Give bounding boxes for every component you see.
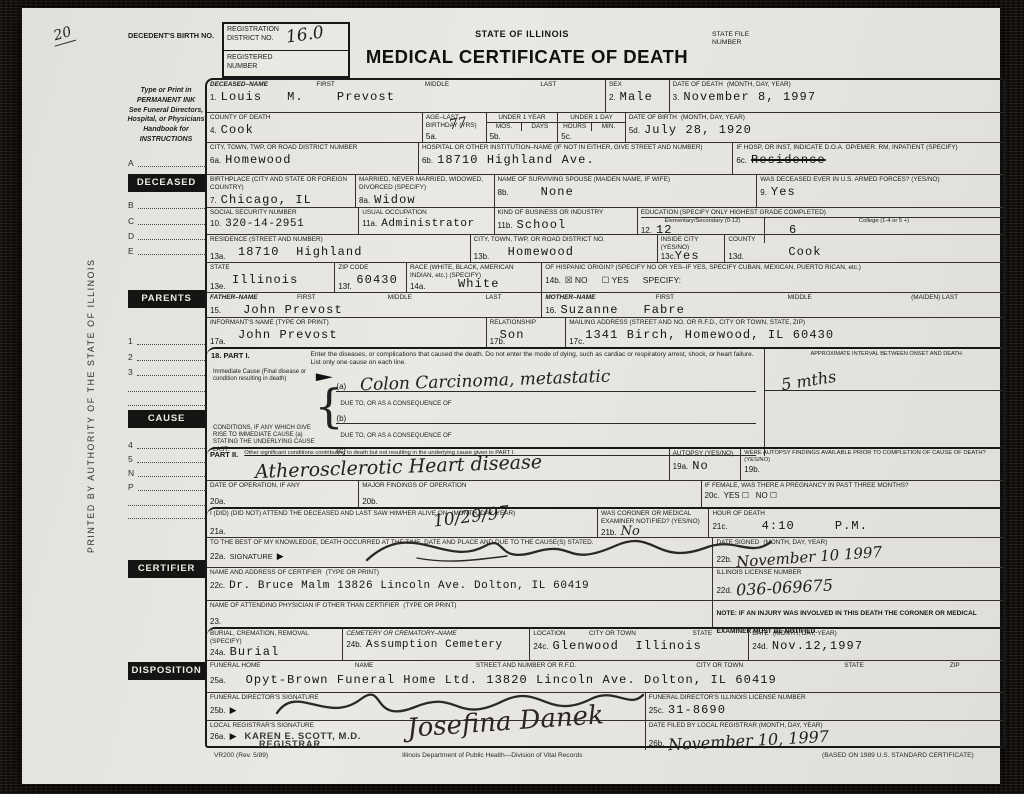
field-residence-city: CITY, TOWN, TWP, OR ROAD DISTRICT NO. 13… xyxy=(470,235,657,262)
line-a-label: (a) xyxy=(336,382,346,391)
field-number: 19a. xyxy=(673,462,689,471)
row-funeral-director: FUNERAL DIRECTOR'S SIGNATURE 25b. ▶ FUNE… xyxy=(207,692,1003,720)
row-state-zip-race: STATE 13e.Illinois ZIP CODE 13f.60430 RA… xyxy=(207,262,1003,292)
row-parents: FATHER–NAME FIRST MIDDLE LAST 15.John Pr… xyxy=(207,292,1003,317)
age-value: 77 xyxy=(448,115,468,134)
field-signature: TO THE BEST OF MY KNOWLEDGE, DEATH OCCUR… xyxy=(207,538,712,567)
if-hospital-value: Residence xyxy=(751,153,826,167)
certificate-paper: 20 Type or Print in PERMANENT INK See Fu… xyxy=(22,8,1000,784)
field-number: 23. xyxy=(210,617,221,626)
industry-value: School xyxy=(517,218,567,232)
field-number: 22a. xyxy=(210,552,226,561)
dob-label: DATE OF BIRTH xyxy=(629,114,677,122)
maiden-last-col-label: (MAIDEN) LAST xyxy=(869,294,1000,302)
field-number: 13e. xyxy=(210,282,226,291)
field-autopsy: AUTOPSY (YES/NO) 19a.No xyxy=(669,449,741,480)
row-certifier: NAME AND ADDRESS OF CERTIFIER(TYPE OR PR… xyxy=(207,567,1003,600)
field-date-of-birth: DATE OF BIRTH(MONTH, DAY, YEAR) 5d.July … xyxy=(625,113,1003,142)
deceased-name-label: DECEASED–NAME xyxy=(210,81,268,89)
section-stamp-disposition: DISPOSITION xyxy=(128,662,205,680)
field-father-name: FATHER–NAME FIRST MIDDLE LAST 15.John Pr… xyxy=(207,293,541,317)
state-col-label: STATE xyxy=(803,662,906,670)
field-number: 21a. xyxy=(210,527,226,536)
row-deceased-name: DECEASED–NAME FIRST MIDDLE LAST 1.Louis … xyxy=(207,80,1003,112)
birthplace-label: BIRTHPLACE (CITY AND STATE OR FOREIGN CO… xyxy=(210,176,352,192)
marital-label: MARRIED, NEVER MARRIED, WIDOWED, DIVORCE… xyxy=(359,176,491,192)
residence-street-label: RESIDENCE (STREET AND NUMBER) xyxy=(210,236,467,244)
field-number: 3. xyxy=(673,93,680,102)
field-number: 6b. xyxy=(422,156,433,165)
part2-label: PART II. xyxy=(210,450,238,459)
race-value: White xyxy=(458,277,500,291)
field-number: 20c. xyxy=(705,491,720,500)
field-date-of-death: DATE OF DEATH(MONTH, DAY, YEAR) 3.Novemb… xyxy=(669,80,1003,112)
immediate-cause-label: Immediate Cause (Final disease or condit… xyxy=(213,369,320,384)
hour-suffix: P.M. xyxy=(835,519,868,533)
field-armed-forces: WAS DECEASED EVER IN U.S. ARMED FORCES? … xyxy=(756,175,1003,207)
city-or-town-col-label: CITY OR TOWN xyxy=(570,630,656,638)
field-number: 13d. xyxy=(728,252,744,261)
permanent-ink-instructions: Type or Print in PERMANENT INK See Funer… xyxy=(124,86,208,145)
field-industry: KIND OF BUSINESS OR INDUSTRY 11b.School xyxy=(494,208,637,234)
disposition-value: Burial xyxy=(230,645,280,659)
field-number: 15. xyxy=(210,306,221,315)
certifier-label: NAME AND ADDRESS OF CERTIFIER xyxy=(210,569,322,577)
part1-lines: { ► (a) Colon Carcinoma, metastatic DUE … xyxy=(322,367,764,456)
education-label: EDUCATION (SPECIFY ONLY HIGHEST GRADE CO… xyxy=(641,209,1003,217)
operation-findings-label: MAJOR FINDINGS OF OPERATION xyxy=(362,482,697,490)
row-part2: PART II. Other significant conditions co… xyxy=(207,447,1003,480)
field-marital-status: MARRIED, NEVER MARRIED, WIDOWED, DIVORCE… xyxy=(355,175,494,207)
field-pregnancy: IF FEMALE, WAS THERE A PREGNANCY IN PAST… xyxy=(701,481,1004,507)
field-number: 5d. xyxy=(629,126,640,135)
cause-line-b: (b) xyxy=(336,410,756,424)
field-number: 13c. xyxy=(661,252,676,261)
part1-body: Immediate Cause (Final disease or condit… xyxy=(207,367,1003,456)
field-number: 13f. xyxy=(338,282,351,291)
zip-value: 60430 xyxy=(356,273,398,287)
field-number: 5c. xyxy=(561,132,572,141)
attending-sublabel: (TYPE OR PRINT) xyxy=(403,602,456,610)
certificate-form: DECEASED–NAME FIRST MIDDLE LAST 1.Louis … xyxy=(205,78,1005,748)
disposition-label: BURIAL, CREMATION, REMOVAL (SPECIFY) xyxy=(210,630,339,646)
informant-value: John Prevost xyxy=(238,328,338,342)
field-under-1-year: UNDER 1 YEAR MOS. DAYS 5b. xyxy=(486,113,558,142)
field-autopsy-findings: WERE AUTOPSY FINDINGS AVAILABLE PRIOR TO… xyxy=(740,449,1003,480)
part1-number: 18. PART I. xyxy=(207,349,310,367)
field-education: EDUCATION (SPECIFY ONLY HIGHEST GRADE CO… xyxy=(637,208,1003,234)
county-value: Cook xyxy=(221,123,254,137)
signature-arrow-icon: ▶ xyxy=(230,731,237,742)
field-under-1-day: UNDER 1 DAY HOURS MIN. 5c. xyxy=(557,113,625,142)
field-number: 5a. xyxy=(426,132,437,141)
part1-header: 18. PART I. Enter the diseases, or compl… xyxy=(207,349,1003,367)
industry-label: KIND OF BUSINESS OR INDUSTRY xyxy=(498,209,634,217)
state-file-number-label: STATE FILE NUMBER xyxy=(712,31,772,48)
corner-handwritten-note: 20 xyxy=(50,23,76,46)
certifier-value: Dr. Bruce Malm 13826 Lincoln Ave. Dolton… xyxy=(229,580,589,592)
field-race: RACE (WHITE, BLACK, AMERICAN INDIAN, etc… xyxy=(406,263,541,292)
field-number: 13b. xyxy=(474,252,490,261)
due-to-label-2: DUE TO, OR AS A CONSEQUENCE OF xyxy=(336,432,451,439)
cemetery-value: Assumption Cemetery xyxy=(366,639,503,651)
row-county-age-dob: COUNTY OF DEATH 4.Cook AGE–LAST BIRTHDAY… xyxy=(207,112,1003,142)
decedent-birth-no-label: DECEDENT'S BIRTH NO. xyxy=(128,32,220,41)
state-col-label: STATE xyxy=(659,630,745,638)
occupation-value: Administrator xyxy=(381,218,475,230)
inside-city-value: Yes xyxy=(675,249,700,263)
signature-arrow-icon: ▶ xyxy=(230,705,237,716)
middle-col-label: MIDDLE xyxy=(734,294,865,302)
if-hospital-label: IF HOSP, OR INST, INDICATE D.O.A. OP/EME… xyxy=(736,144,1000,152)
department-line: Illinois Department of Public Health—Div… xyxy=(402,752,583,759)
field-operation-findings: MAJOR FINDINGS OF OPERATION 20b. xyxy=(358,481,700,507)
scanned-death-certificate: 20 Type or Print in PERMANENT INK See Fu… xyxy=(0,0,1024,794)
hours-label: HOURS xyxy=(558,123,592,131)
field-number: 20a. xyxy=(210,497,226,506)
certifier-sublabel: (TYPE OR PRINT) xyxy=(326,569,379,577)
field-occupation: USUAL OCCUPATION 11a.Administrator xyxy=(358,208,493,234)
field-number: 17b. xyxy=(490,337,506,346)
field-number: 25c. xyxy=(649,706,664,715)
hispanic-checkboxes: ☒ NO ☐ YES SPECIFY: xyxy=(565,275,681,286)
first-col-label: FIRST xyxy=(272,81,379,89)
field-number: 8a. xyxy=(359,196,370,205)
row-informant: INFORMANT'S NAME (TYPE OR PRINT) 17a.Joh… xyxy=(207,317,1003,347)
field-disposition-location: LOCATION CITY OR TOWN STATE 24c.Glenwood… xyxy=(529,629,748,660)
field-age: AGE–LAST BIRTHDAY (YRS) 5a. 77 xyxy=(422,113,486,142)
autopsy-findings-label: WERE AUTOPSY FINDINGS AVAILABLE PRIOR TO… xyxy=(744,450,1000,464)
license-label: ILLINOIS LICENSE NUMBER xyxy=(716,569,1000,577)
dod-value: November 8, 1997 xyxy=(683,90,816,104)
relationship-label: RELATIONSHIP xyxy=(490,319,563,327)
field-number: 25b. xyxy=(210,706,226,715)
ssn-value: 320-14-2951 xyxy=(225,218,304,230)
field-number: 22d. xyxy=(716,586,732,595)
field-zip: ZIP CODE 13f.60430 xyxy=(334,263,406,292)
row-attending-physician: NAME OF ATTENDING PHYSICIAN IF OTHER THA… xyxy=(207,600,1003,627)
disposition-date-value: Nov.12,1997 xyxy=(772,639,863,653)
field-number: 14a. xyxy=(410,282,426,291)
field-number: 19b. xyxy=(744,465,760,474)
attending-label: NAME OF ATTENDING PHYSICIAN IF OTHER THA… xyxy=(210,602,399,610)
field-ssn: SOCIAL SECURITY NUMBER 10.320-14-2951 xyxy=(207,208,358,234)
registered-number-label: REGISTERED NUMBER xyxy=(227,54,345,71)
field-number: 1. xyxy=(210,93,217,102)
section-stamp-deceased: DECEASED xyxy=(128,174,205,192)
margin-code-a: A xyxy=(128,158,205,168)
field-number: 17a. xyxy=(210,337,226,346)
residence-county-value: Cook xyxy=(788,245,821,259)
field-number: 22c. xyxy=(210,581,225,590)
row-birthplace-marital: BIRTHPLACE (CITY AND STATE OR FOREIGN CO… xyxy=(207,174,1003,207)
location-value: Glenwood Illinois xyxy=(552,639,701,653)
field-hispanic-origin: OF HISPANIC ORIGIN? (SPECIFY NO OR YES–I… xyxy=(541,263,1003,292)
part1-instructions: Enter the diseases, or complications tha… xyxy=(310,349,764,367)
signature-arrow-icon: ▶ xyxy=(277,551,284,562)
cemetery-label: CEMETERY OR CREMATORY–NAME xyxy=(346,630,526,638)
field-number: 14b. xyxy=(545,276,561,285)
field-attending-physician: NAME OF ATTENDING PHYSICIAN IF OTHER THA… xyxy=(207,601,712,627)
margin-dots xyxy=(128,398,205,406)
field-number: 6c. xyxy=(736,156,747,165)
section-stamp-parents: PARENTS xyxy=(128,290,205,308)
residence-city-label: CITY, TOWN, TWP, OR ROAD DISTRICT NO. xyxy=(474,236,654,244)
mos-label: MOS. xyxy=(487,123,523,131)
field-relationship: RELATIONSHIP 17b.Son xyxy=(486,318,566,347)
margin-code-c: C xyxy=(128,216,205,226)
margin-code-3: 3 xyxy=(128,367,205,377)
margin-code-2: 2 xyxy=(128,352,205,362)
field-disposition-date: DATE(MONTH, DAY, YEAR) 24d.Nov.12,1997 xyxy=(748,629,1003,660)
field-number: 26a. xyxy=(210,732,226,741)
mother-value: Suzanne Fabre xyxy=(560,303,685,317)
field-number: 17c. xyxy=(569,337,584,346)
field-mailing-address: MAILING ADDRESS (STREET AND NO. OR R.F.D… xyxy=(565,318,1003,347)
registrar-stamp-title: REGISTRAR xyxy=(259,739,321,749)
field-informant: INFORMANT'S NAME (TYPE OR PRINT) 17a.Joh… xyxy=(207,318,486,347)
row-city-hospital: CITY, TOWN, TWP, OR ROAD DISTRICT NUMBER… xyxy=(207,142,1003,174)
field-number: 2. xyxy=(609,93,616,102)
field-number: 24b. xyxy=(346,640,362,649)
registration-box: REGISTRATION DISTRICT NO. 16.0 REGISTERE… xyxy=(222,22,350,78)
city-label: CITY, TOWN, TWP, OR ROAD DISTRICT NUMBER xyxy=(210,144,415,152)
margin-code-n: N xyxy=(128,468,205,478)
printed-by-authority-vertical-text: PRINTED BY AUTHORITY OF THE STATE OF ILL… xyxy=(86,253,96,553)
field-number: 5b. xyxy=(490,132,501,141)
father-value: John Prevost xyxy=(243,303,343,317)
name-col-label: NAME xyxy=(317,662,412,670)
operation-date-label: DATE OF OPERATION, IF ANY xyxy=(210,482,355,490)
disposition-date-label: DATE xyxy=(752,630,769,638)
margin-code-e: E xyxy=(128,246,205,256)
informant-label: INFORMANT'S NAME (TYPE OR PRINT) xyxy=(210,319,483,327)
street-col-label: STREET AND NUMBER OR R.F.D. xyxy=(415,662,636,670)
field-inside-city: INSIDE CITY (YES/NO) 13c.Yes xyxy=(657,235,725,262)
residence-city-value: Homewood xyxy=(508,245,574,259)
middle-col-label: MIDDLE xyxy=(355,294,445,302)
ssn-label: SOCIAL SECURITY NUMBER xyxy=(210,209,355,217)
field-residence-street: RESIDENCE (STREET AND NUMBER) 13a.18710 … xyxy=(207,235,470,262)
row-disposition: BURIAL, CREMATION, REMOVAL (SPECIFY) 24a… xyxy=(207,627,1003,660)
margin-dots xyxy=(128,384,205,392)
field-number: 8b. xyxy=(498,188,509,197)
field-operation-date: DATE OF OPERATION, IF ANY 20a. xyxy=(207,481,358,507)
middle-col-label: MIDDLE xyxy=(383,81,490,89)
field-registrar-signature: LOCAL REGISTRAR'S SIGNATURE 26a. ▶ KAREN… xyxy=(207,721,645,750)
pregnancy-label: IF FEMALE, WAS THERE A PREGNANCY IN PAST… xyxy=(705,482,1001,490)
field-number: 16. xyxy=(545,306,556,315)
hispanic-label: OF HISPANIC ORIGIN? (SPECIFY NO OR YES–I… xyxy=(545,264,1000,272)
row-operation: DATE OF OPERATION, IF ANY 20a. MAJOR FIN… xyxy=(207,480,1003,507)
location-label: LOCATION xyxy=(533,630,565,638)
line-b-label: (b) xyxy=(336,414,346,423)
margin-code-b: B xyxy=(128,200,205,210)
row-ssn-occupation-education: SOCIAL SECURITY NUMBER 10.320-14-2951 US… xyxy=(207,207,1003,234)
field-hospital: HOSPITAL OR OTHER INSTITUTION–NAME (IF N… xyxy=(418,143,732,174)
armed-forces-value: Yes xyxy=(771,185,796,199)
margin-dots xyxy=(128,498,205,506)
days-label: DAYS xyxy=(522,123,557,131)
residence-county-label: COUNTY xyxy=(728,236,1000,244)
form-number: VR200 (Rev. 5/89) xyxy=(214,752,268,759)
attended-label: I (DID) (DID NOT) ATTEND THE DECEASED AN… xyxy=(210,510,447,518)
interval-header: APPROXIMATE INTERVAL BETWEEN ONSET AND D… xyxy=(764,349,1003,367)
zip-label: ZIP CODE xyxy=(338,264,403,272)
field-disposition-type: BURIAL, CREMATION, REMOVAL (SPECIFY) 24a… xyxy=(207,629,342,660)
last-col-label: LAST xyxy=(449,294,539,302)
interval-column: 5 mths xyxy=(764,367,1003,456)
field-if-hospital: IF HOSP, OR INST, INDICATE D.O.A. OP/EME… xyxy=(732,143,1003,174)
hospital-label: HOSPITAL OR OTHER INSTITUTION–NAME (IF N… xyxy=(422,144,729,152)
row-cause-part1: 18. PART I. Enter the diseases, or compl… xyxy=(207,347,1003,447)
autopsy-value: No xyxy=(692,459,709,473)
field-mother-name: MOTHER–NAME FIRST MIDDLE (MAIDEN) LAST 1… xyxy=(541,293,1003,317)
mailing-label: MAILING ADDRESS (STREET AND NO. OR R.F.D… xyxy=(569,319,1000,327)
standard-certificate-note: (BASED ON 1989 U.S. STANDARD CERTIFICATE… xyxy=(822,752,974,759)
field-number: 20b. xyxy=(362,497,378,506)
field-number: 11a. xyxy=(362,219,377,228)
deceased-name-value: Louis M. Prevost xyxy=(221,90,395,104)
field-number: 24c. xyxy=(533,642,548,651)
armed-forces-label: WAS DECEASED EVER IN U.S. ARMED FORCES? … xyxy=(760,176,1000,184)
field-number: 4. xyxy=(210,126,217,135)
field-illinois-license: ILLINOIS LICENSE NUMBER 22d. 036-069675 xyxy=(712,568,1003,600)
part1-left-labels: Immediate Cause (Final disease or condit… xyxy=(207,367,322,456)
field-number: 24a. xyxy=(210,648,226,657)
field-number: 9. xyxy=(760,188,767,197)
interval-value: 5 mths xyxy=(780,367,838,394)
spouse-label: NAME OF SURVIVING SPOUSE (MAIDEN NAME, I… xyxy=(498,176,754,184)
field-sex: SEX 2.Male xyxy=(605,80,669,112)
spouse-value: None xyxy=(541,185,574,199)
disposition-date-sublabel: (MONTH, DAY, YEAR) xyxy=(773,630,837,638)
field-number: 10. xyxy=(210,219,221,228)
autopsy-label: AUTOPSY (YES/NO) xyxy=(673,450,738,458)
sex-label: SEX xyxy=(609,81,666,89)
field-certifier-name: NAME AND ADDRESS OF CERTIFIER(TYPE OR PR… xyxy=(207,568,712,600)
hospital-value: 18710 Highland Ave. xyxy=(437,153,595,167)
margin-code-4: 4 xyxy=(128,440,205,450)
margin-code-5: 5 xyxy=(128,454,205,464)
field-birthplace: BIRTHPLACE (CITY AND STATE OR FOREIGN CO… xyxy=(207,175,355,207)
occupation-label: USUAL OCCUPATION xyxy=(362,209,490,217)
pregnancy-checkboxes: YES ☐ NO ☐ xyxy=(724,491,777,500)
field-funeral-director-license: FUNERAL DIRECTOR'S ILLINOIS LICENSE NUMB… xyxy=(645,693,1003,720)
under-1-day-label: UNDER 1 DAY xyxy=(558,114,625,122)
field-residence-county: COUNTY 13d.Cook xyxy=(724,235,1003,262)
registration-district-value: 16.0 xyxy=(285,22,325,47)
field-injury-note: NOTE: IF AN INJURY WAS INVOLVED IN THIS … xyxy=(712,601,1003,627)
hour-label: HOUR OF DEATH xyxy=(712,510,1000,518)
zip-col-label: ZIP xyxy=(909,662,1000,670)
section-stamp-certifier: CERTIFIER xyxy=(128,560,205,578)
date-filed-value: November 10, 1997 xyxy=(668,727,830,754)
field-city-town: CITY, TOWN, TWP, OR ROAD DISTRICT NUMBER… xyxy=(207,143,418,174)
license-value: 036-069675 xyxy=(736,575,834,599)
due-to-label-1: DUE TO, OR AS A CONSEQUENCE OF xyxy=(336,400,451,407)
state-of-illinois-label: STATE OF ILLINOIS xyxy=(382,29,662,39)
field-number: 6a. xyxy=(210,156,221,165)
field-cemetery: CEMETERY OR CREMATORY–NAME 24b.Assumptio… xyxy=(342,629,529,660)
city-col-label: CITY OR TOWN xyxy=(641,662,799,670)
funeral-director-license-value: 31-8690 xyxy=(668,703,726,717)
under-1-year-label: UNDER 1 YEAR xyxy=(487,114,558,122)
field-state: STATE 13e.Illinois xyxy=(207,263,334,292)
state-label: STATE xyxy=(210,264,331,272)
field-number: 26b. xyxy=(649,739,665,748)
field-number: 7. xyxy=(210,196,217,205)
first-col-label: FIRST xyxy=(599,294,730,302)
father-label: FATHER–NAME xyxy=(210,294,257,302)
funeral-home-label: FUNERAL HOME xyxy=(210,662,313,670)
dob-value: July 28, 1920 xyxy=(644,123,752,137)
mailing-value: 1341 Birch, Homewood, IL 60430 xyxy=(585,328,834,342)
row-residence: RESIDENCE (STREET AND NUMBER) 13a.18710 … xyxy=(207,234,1003,262)
margin-code-d: D xyxy=(128,231,205,241)
dob-sublabel: (MONTH, DAY, YEAR) xyxy=(681,114,745,122)
certificate-title: MEDICAL CERTIFICATE OF DEATH xyxy=(332,46,722,68)
sex-value: Male xyxy=(620,90,653,104)
min-label: MIN. xyxy=(592,123,625,131)
funeral-director-license-label: FUNERAL DIRECTOR'S ILLINOIS LICENSE NUMB… xyxy=(649,694,1000,702)
field-number: 24d. xyxy=(752,642,768,651)
mother-label: MOTHER–NAME xyxy=(545,294,595,302)
section-stamp-cause: CAUSE xyxy=(128,410,205,428)
field-surviving-spouse: NAME OF SURVIVING SPOUSE (MAIDEN NAME, I… xyxy=(494,175,757,207)
margin-dots xyxy=(128,511,205,519)
residence-street-value: 18710 Highland xyxy=(238,245,363,259)
margin-code-1: 1 xyxy=(128,336,205,346)
field-deceased-name: DECEASED–NAME FIRST MIDDLE LAST 1.Louis … xyxy=(207,80,605,112)
last-col-label: LAST xyxy=(495,81,602,89)
row-certify-signature: TO THE BEST OF MY KNOWLEDGE, DEATH OCCUR… xyxy=(207,537,1003,567)
field-number: 11b. xyxy=(498,221,513,230)
county-label: COUNTY OF DEATH xyxy=(210,114,419,122)
row-local-registrar: LOCAL REGISTRAR'S SIGNATURE 26a. ▶ KAREN… xyxy=(207,720,1003,750)
immediate-cause-value: Colon Carcinoma, metastatic xyxy=(360,367,611,396)
certifier-signature xyxy=(357,524,777,570)
dod-label: DATE OF DEATH xyxy=(673,81,723,89)
state-value: Illinois xyxy=(232,273,298,287)
field-date-filed: DATE FILED BY LOCAL REGISTRAR (MONTH, DA… xyxy=(645,721,1003,750)
dod-sublabel: (MONTH, DAY, YEAR) xyxy=(727,81,791,89)
margin-code-p: P xyxy=(128,482,205,492)
marital-value: Widow xyxy=(374,193,416,207)
birthplace-value: Chicago, IL xyxy=(221,193,312,207)
first-col-label: FIRST xyxy=(261,294,351,302)
field-number: 25a. xyxy=(210,676,226,685)
field-county-of-death: COUNTY OF DEATH 4.Cook xyxy=(207,113,422,142)
field-number: 13a. xyxy=(210,252,226,261)
cause-line-a: (a) Colon Carcinoma, metastatic xyxy=(336,367,756,392)
field-part2: PART II. Other significant conditions co… xyxy=(207,449,669,480)
signature-label: SIGNATURE xyxy=(230,552,273,561)
city-value: Homewood xyxy=(225,153,291,167)
cause-arrow-icon: ► xyxy=(311,369,339,385)
